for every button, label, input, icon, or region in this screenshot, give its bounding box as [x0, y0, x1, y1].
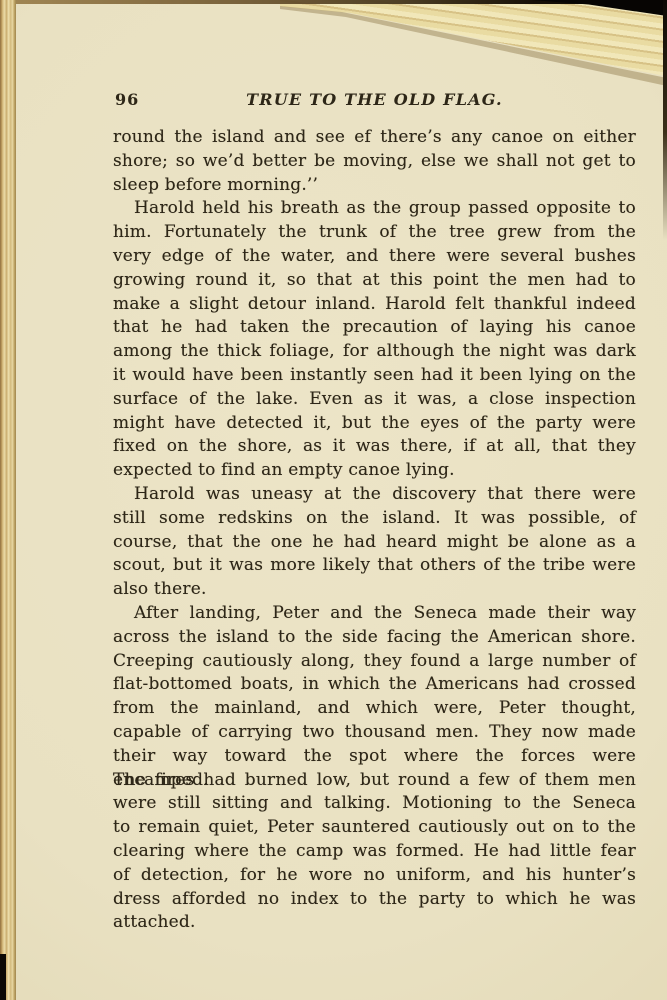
text-line: clearing where the camp was formed. He h…	[113, 840, 636, 864]
page-surface: 96 TRUE TO THE OLD FLAG. round the islan…	[15, 0, 667, 1000]
text-line: still some redskins on the island. It wa…	[113, 507, 636, 531]
text-line: might have detected it, but the eyes of …	[113, 412, 636, 436]
text-line: capable of carrying two thousand men. Th…	[113, 721, 636, 745]
text-line: flat-bottomed boats, in which the Americ…	[113, 673, 636, 697]
paragraph: After landing, Peter and the Seneca made…	[113, 602, 636, 935]
page-text: round the island and see ef there’s any …	[113, 126, 636, 935]
text-line: that he had taken the precaution of layi…	[113, 316, 636, 340]
text-line: surface of the lake. Even as it was, a c…	[113, 388, 636, 412]
left-page-edges	[0, 0, 16, 1000]
text-line: shore; so we’d better be moving, else we…	[113, 150, 636, 174]
text-line: were still sitting and talking. Motionin…	[113, 792, 636, 816]
paragraph: Harold was uneasy at the discovery that …	[113, 483, 636, 602]
text-line: Harold held his breath as the group pass…	[113, 197, 636, 221]
book-page-scan: 96 TRUE TO THE OLD FLAG. round the islan…	[0, 0, 667, 1000]
text-line: make a slight detour inland. Harold felt…	[113, 293, 636, 317]
text-line: The fires had burned low, but round a fe…	[113, 769, 636, 793]
text-line: among the thick foliage, for although th…	[113, 340, 636, 364]
right-edge-shadow	[663, 0, 667, 240]
paragraph: Harold held his breath as the group pass…	[113, 197, 636, 483]
text-line: it would have been instantly seen had it…	[113, 364, 636, 388]
text-line: him. Fortunately the trunk of the tree g…	[113, 221, 636, 245]
paragraph: round the island and see ef there’s any …	[113, 126, 636, 197]
text-line: from the mainland, and which were, Peter…	[113, 697, 636, 721]
running-title: TRUE TO THE OLD FLAG.	[246, 90, 503, 109]
text-line: scout, but it was more likely that other…	[113, 554, 636, 578]
text-line: attached.	[113, 911, 636, 935]
text-line: dress afforded no index to the party to …	[113, 888, 636, 912]
text-line: fixed on the shore, as it was there, if …	[113, 435, 636, 459]
text-line: sleep before morning.’’	[113, 174, 636, 198]
text-line: Creeping cautiously along, they found a …	[113, 650, 636, 674]
text-line: their way toward the spot where the forc…	[113, 745, 636, 769]
text-line: course, that the one he had heard might …	[113, 531, 636, 555]
bottom-left-background	[0, 954, 6, 1000]
text-line: Harold was uneasy at the discovery that …	[113, 483, 636, 507]
text-line: of detection, for he wore no uniform, an…	[113, 864, 636, 888]
text-line: round the island and see ef there’s any …	[113, 126, 636, 150]
text-line: After landing, Peter and the Seneca made…	[113, 602, 636, 626]
text-line: to remain quiet, Peter sauntered cautiou…	[113, 816, 636, 840]
page-header: 96 TRUE TO THE OLD FLAG.	[113, 90, 636, 112]
text-line: also there.	[113, 578, 636, 602]
text-line: across the island to the side facing the…	[113, 626, 636, 650]
text-line: growing round it, so that at this point …	[113, 269, 636, 293]
text-line: expected to find an empty canoe lying.	[113, 459, 636, 483]
page-number: 96	[115, 90, 139, 109]
text-line: very edge of the water, and there were s…	[113, 245, 636, 269]
